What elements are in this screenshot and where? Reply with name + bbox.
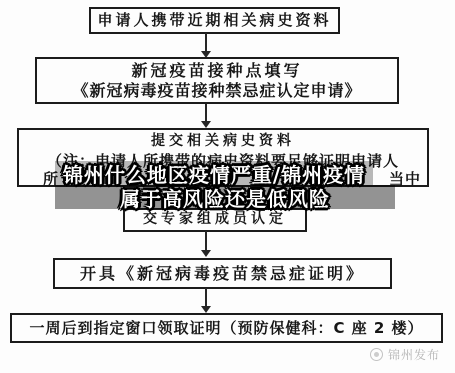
flow-step-fill-application: 新冠疫苗接种点填写 《新冠病毒疫苗接种禁忌症认定申请》 xyxy=(35,57,399,104)
flow-step-label: 申请人携带近期相关病史资料 xyxy=(97,11,331,30)
flow-step-bring-history: 申请人携带近期相关病史资料 xyxy=(89,7,340,34)
flow-step-expert-panel: 交专家组成员认定 xyxy=(123,208,307,232)
caption-overlay-line2: 属于高风险还是低风险 xyxy=(55,185,395,209)
watermark-label: 锦州发布 xyxy=(388,346,440,363)
connector-line-3 xyxy=(205,231,207,251)
flow-step-label-line2: 《新冠病毒疫苗接种禁忌症认定申请》 xyxy=(72,81,361,101)
flow-step-title: 提交相关病史资料 xyxy=(151,133,295,151)
jinzhou-fabu-logo-icon xyxy=(370,348,383,361)
connector-line-1 xyxy=(205,33,207,52)
flow-step-label-line1: 新冠疫苗接种点填写 xyxy=(131,61,302,81)
flow-step-issue-certificate: 开具《新冠病毒疫苗禁忌症证明》 xyxy=(53,258,392,289)
flowchart-canvas: 申请人携带近期相关病史资料 新冠疫苗接种点填写 《新冠病毒疫苗接种禁忌症认定申请… xyxy=(0,0,455,373)
arrow-down-icon-4 xyxy=(201,306,211,313)
flow-step-label: 交专家组成员认定 xyxy=(143,211,287,229)
connector-line-4 xyxy=(205,288,207,307)
caption-text-line2: 属于高风险还是低风险 xyxy=(120,183,330,212)
flow-step-label: 开具《新冠病毒疫苗禁忌症证明》 xyxy=(80,264,365,284)
flow-step-label: 一周后到指定窗口领取证明（预防保健科：C 座 2 楼） xyxy=(29,319,423,338)
arrow-down-icon-3 xyxy=(201,250,211,257)
caption-overlay-line1: 锦州什么地区疫情严重/锦州疫情 xyxy=(55,161,373,185)
watermark: 锦州发布 xyxy=(370,346,440,363)
arrow-down-icon-2 xyxy=(201,121,211,128)
connector-line-2 xyxy=(205,104,207,122)
flow-step-collect-certificate: 一周后到指定窗口领取证明（预防保健科：C 座 2 楼） xyxy=(10,313,443,343)
